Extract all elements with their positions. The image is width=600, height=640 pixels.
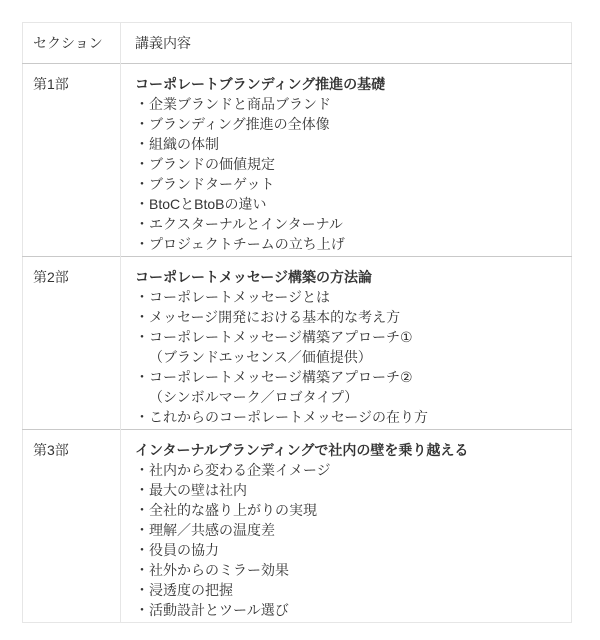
section-label-cell: 第2部: [23, 257, 121, 430]
content-cell: コーポレートブランディング推進の基礎 ・企業ブランドと商品ブランド ・ブランディ…: [121, 64, 572, 257]
section-label-cell: 第3部: [23, 430, 121, 623]
column-header-content: 講義内容: [121, 23, 572, 64]
lecture-item: ・全社的な盛り上がりの実現: [135, 500, 557, 520]
curriculum-table: セクション 講義内容 第1部 コーポレートブランディング推進の基礎 ・企業ブラン…: [22, 22, 572, 623]
section-title: コーポレートメッセージ構築の方法論: [135, 267, 557, 287]
lecture-item: ・社内から変わる企業イメージ: [135, 460, 557, 480]
lecture-item: ・ブランディング推進の全体像: [135, 114, 557, 134]
lecture-item: ・メッセージ開発における基本的な考え方: [135, 307, 557, 327]
lecture-item: ・活動設計とツール選び: [135, 600, 557, 620]
section-title: インターナルブランディングで社内の壁を乗り越える: [135, 440, 557, 460]
lecture-item-sub: （シンボルマーク／ロゴタイプ）: [135, 387, 557, 407]
lecture-item: ・最大の壁は社内: [135, 480, 557, 500]
lecture-item: ・浸透度の把握: [135, 580, 557, 600]
section-label-cell: 第1部: [23, 64, 121, 257]
lecture-item: ・コーポレートメッセージとは: [135, 287, 557, 307]
header-row: セクション 講義内容: [23, 23, 572, 64]
section-label: 第3部: [33, 442, 69, 458]
column-header-section: セクション: [23, 23, 121, 64]
lecture-item: ・組織の体制: [135, 134, 557, 154]
content-cell: コーポレートメッセージ構築の方法論 ・コーポレートメッセージとは ・メッセージ開…: [121, 257, 572, 430]
lecture-item: ・コーポレートメッセージ構築アプローチ②: [135, 367, 557, 387]
section-row-3: 第3部 インターナルブランディングで社内の壁を乗り越える ・社内から変わる企業イ…: [23, 430, 572, 623]
section-row-2: 第2部 コーポレートメッセージ構築の方法論 ・コーポレートメッセージとは ・メッ…: [23, 257, 572, 430]
section-label: 第1部: [33, 76, 69, 92]
page: セクション 講義内容 第1部 コーポレートブランディング推進の基礎 ・企業ブラン…: [0, 0, 600, 640]
section-row-1: 第1部 コーポレートブランディング推進の基礎 ・企業ブランドと商品ブランド ・ブ…: [23, 64, 572, 257]
lecture-item: ・ブランドターゲット: [135, 174, 557, 194]
lecture-item: ・理解／共感の温度差: [135, 520, 557, 540]
section-title: コーポレートブランディング推進の基礎: [135, 74, 557, 94]
section-label: 第2部: [33, 269, 69, 285]
lecture-item: ・コーポレートメッセージ構築アプローチ①: [135, 327, 557, 347]
lecture-item: ・社外からのミラー効果: [135, 560, 557, 580]
lecture-item: ・BtoCとBtoBの違い: [135, 194, 557, 214]
lecture-item: ・企業ブランドと商品ブランド: [135, 94, 557, 114]
lecture-item-sub: （ブランドエッセンス／価値提供）: [135, 347, 557, 367]
lecture-item: ・プロジェクトチームの立ち上げ: [135, 234, 557, 254]
lecture-item: ・役員の協力: [135, 540, 557, 560]
content-cell: インターナルブランディングで社内の壁を乗り越える ・社内から変わる企業イメージ …: [121, 430, 572, 623]
lecture-item: ・ブランドの価値規定: [135, 154, 557, 174]
lecture-item: ・エクスターナルとインターナル: [135, 214, 557, 234]
lecture-item: ・これからのコーポレートメッセージの在り方: [135, 407, 557, 427]
